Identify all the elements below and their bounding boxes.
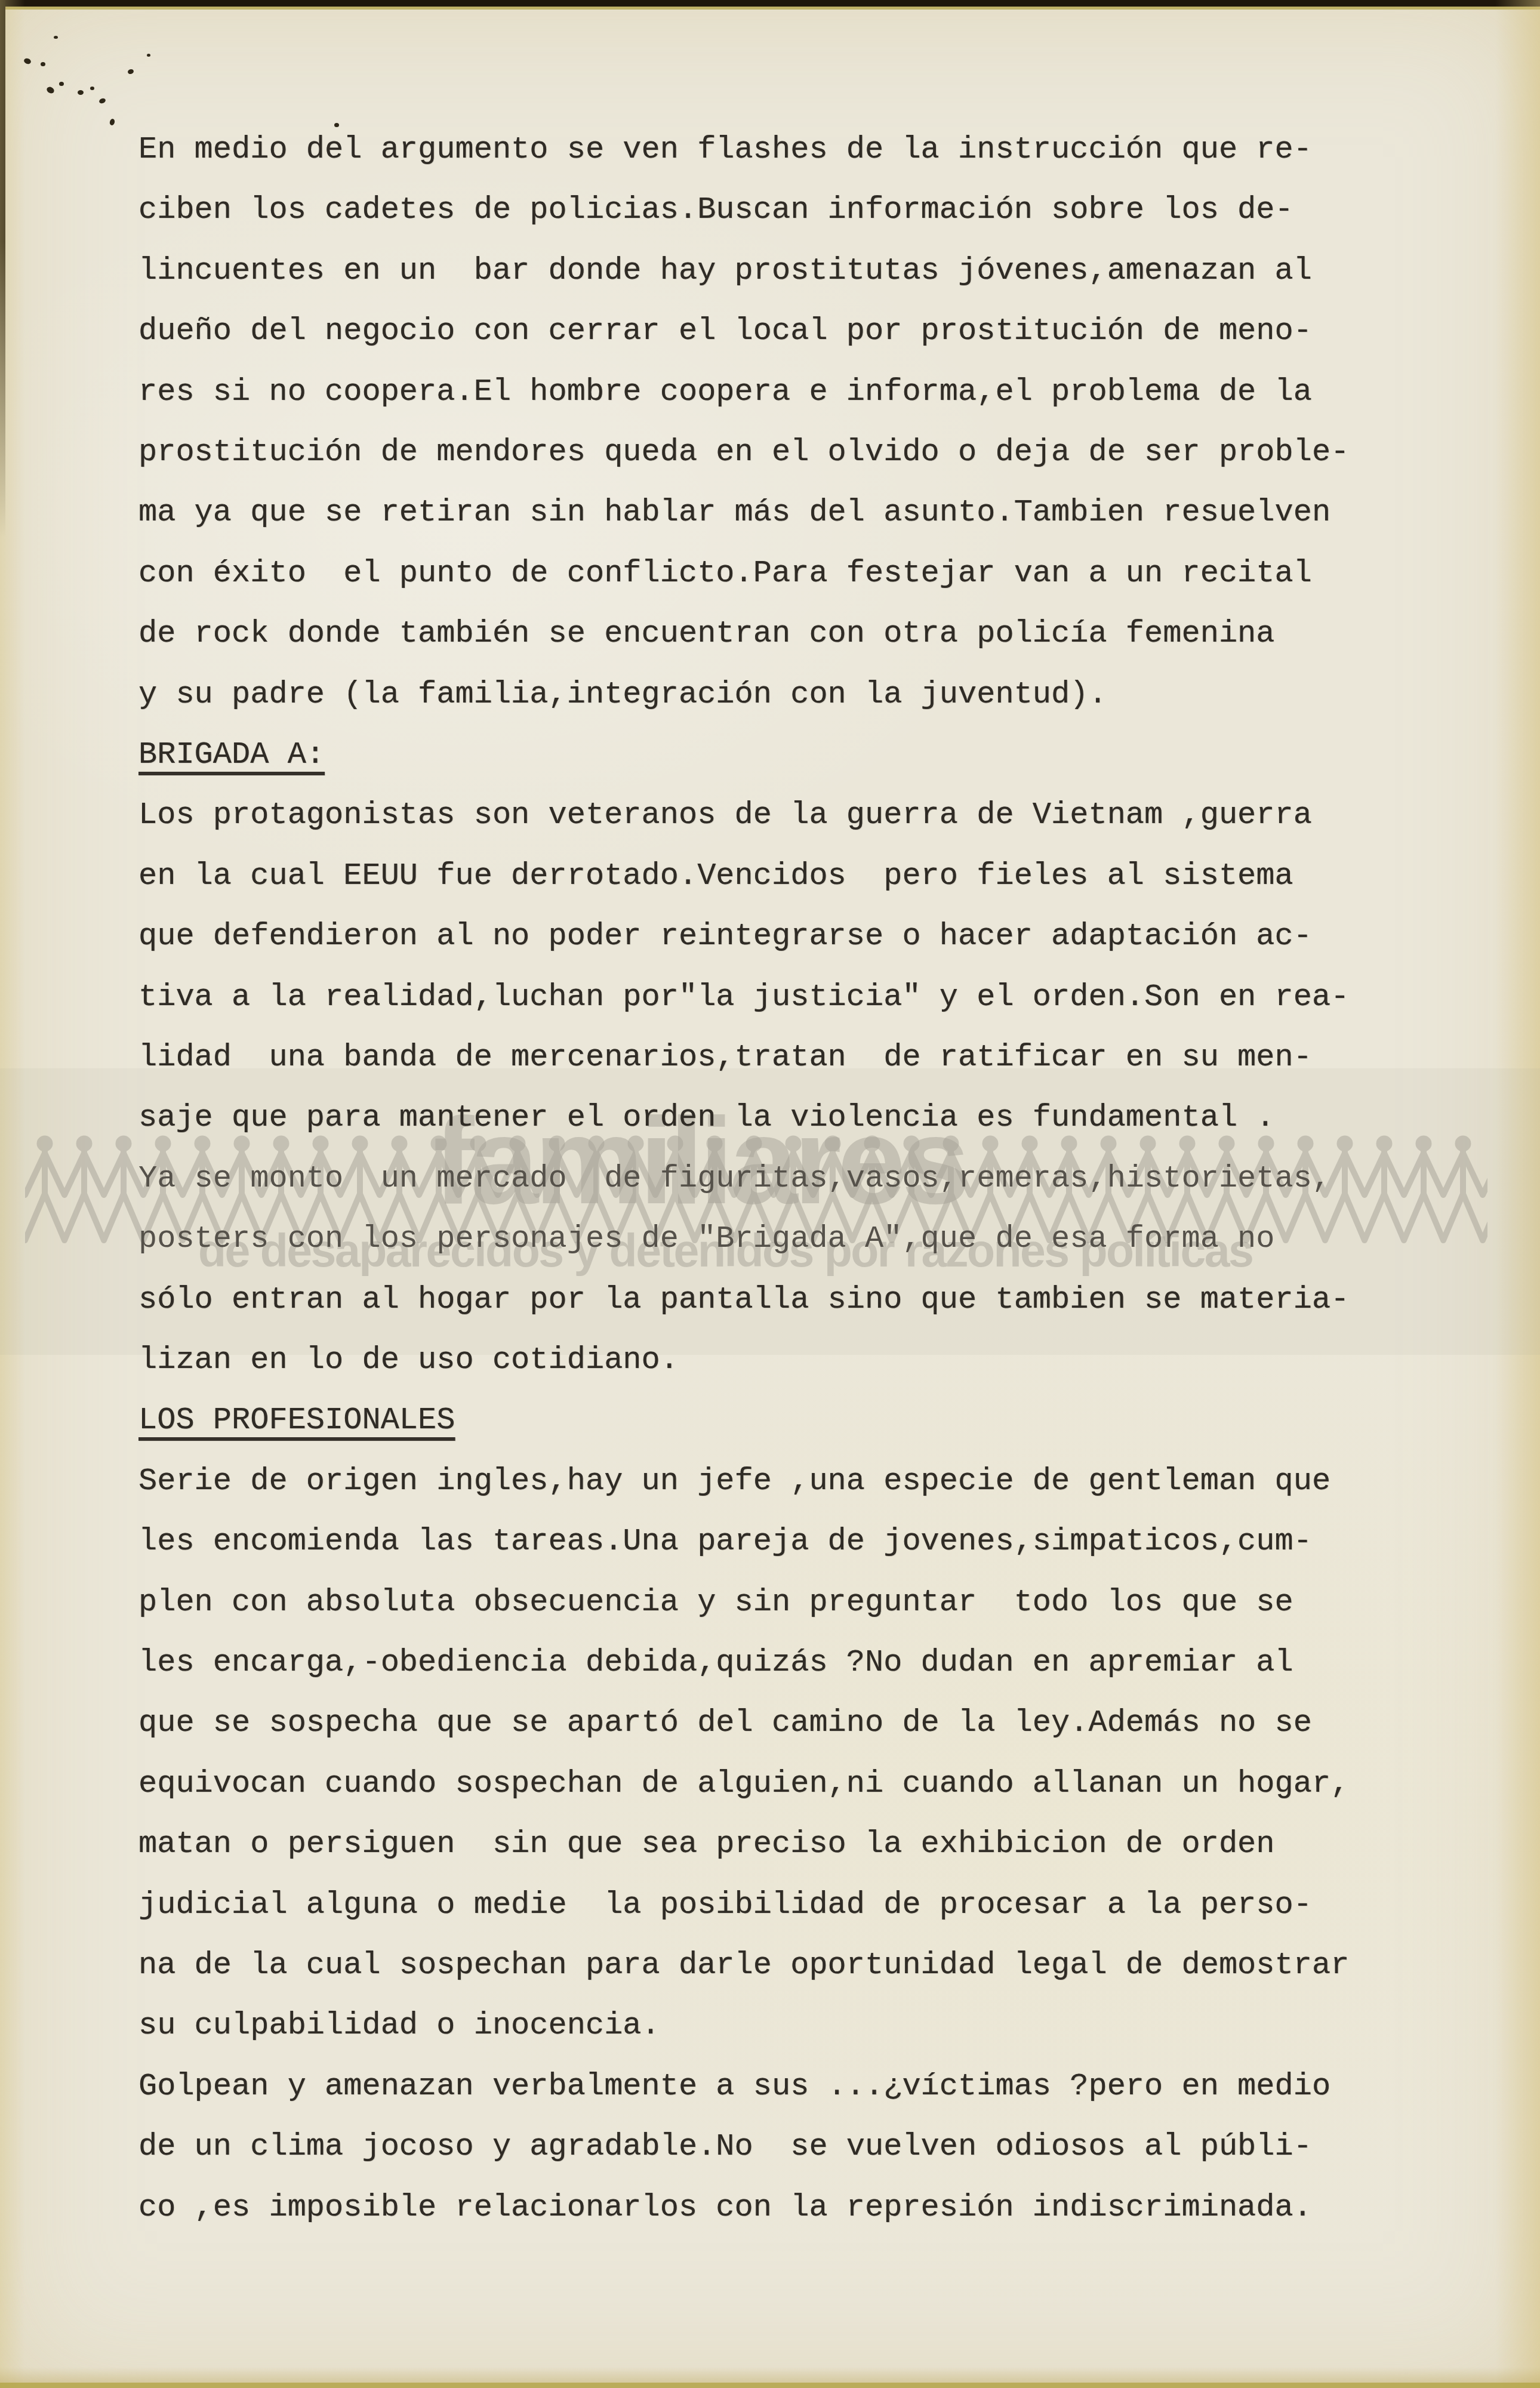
text-line: saje que para mantener el orden la viole… xyxy=(138,1087,1275,1148)
text-line: su culpabilidad o inocencia. xyxy=(138,1995,660,2056)
text-line: les encomienda las tareas.Una pareja de … xyxy=(138,1511,1312,1572)
text-line: que se sospecha que se apartó del camino… xyxy=(138,1693,1312,1753)
text-line: les encarga,-obediencia debida,quizás ?N… xyxy=(138,1632,1293,1693)
text-line: co ,es imposible relacionarlos con la re… xyxy=(138,2177,1312,2238)
scanned-document-page: familiares de desaparecidos y detenidos … xyxy=(0,0,1540,2388)
text-line: y su padre (la familia,integración con l… xyxy=(138,664,1107,725)
text-line: lizan en lo de uso cotidiano. xyxy=(138,1330,679,1390)
text-line: de un clima jocoso y agradable.No se vue… xyxy=(138,2116,1312,2177)
text-line: posters con los personajes de "Brigada A… xyxy=(138,1209,1275,1269)
section-heading: LOS PROFESIONALES xyxy=(138,1390,455,1450)
text-line: Golpean y amenazan verbalmente a sus ...… xyxy=(138,2056,1330,2116)
text-line: prostitución de mendores queda en el olv… xyxy=(138,422,1349,482)
text-line: ciben los cadetes de policias.Buscan inf… xyxy=(138,180,1293,240)
text-line: na de la cual sospechan para darle oport… xyxy=(138,1935,1349,1995)
text-line: Ya se monto un mercado de figuritas,vaso… xyxy=(138,1148,1330,1209)
text-line: Serie de origen ingles,hay un jefe ,una … xyxy=(138,1451,1330,1511)
text-line: ma ya que se retiran sin hablar más del … xyxy=(138,482,1330,543)
text-line: judicial alguna o medie la posibilidad d… xyxy=(138,1875,1312,1935)
text-line: que defendieron al no poder reintegrarse… xyxy=(138,906,1312,966)
text-line: En medio del argumento se ven flashes de… xyxy=(138,119,1312,180)
text-line: plen con absoluta obsecuencia y sin preg… xyxy=(138,1572,1293,1632)
text-line: lincuentes en un bar donde hay prostitut… xyxy=(138,241,1312,301)
typed-text-block: En medio del argumento se ven flashes de… xyxy=(0,0,1540,2388)
text-line: dueño del negocio con cerrar el local po… xyxy=(138,301,1312,361)
text-line: equivocan cuando sospechan de alguien,ni… xyxy=(138,1754,1349,1814)
text-line: en la cual EEUU fue derrotado.Vencidos p… xyxy=(138,846,1293,906)
text-line: lidad una banda de mercenarios,tratan de… xyxy=(138,1027,1312,1087)
text-line: tiva a la realidad,luchan por"la justici… xyxy=(138,967,1349,1027)
text-line: con éxito el punto de conflicto.Para fes… xyxy=(138,543,1312,603)
text-line: de rock donde también se encuentran con … xyxy=(138,603,1275,664)
text-line: res si no coopera.El hombre coopera e in… xyxy=(138,362,1312,422)
text-line: matan o persiguen sin que sea preciso la… xyxy=(138,1814,1275,1874)
text-line: sólo entran al hogar por la pantalla sin… xyxy=(138,1270,1349,1330)
text-line: Los protagonistas son veteranos de la gu… xyxy=(138,785,1312,845)
section-heading: BRIGADA A: xyxy=(138,725,325,785)
